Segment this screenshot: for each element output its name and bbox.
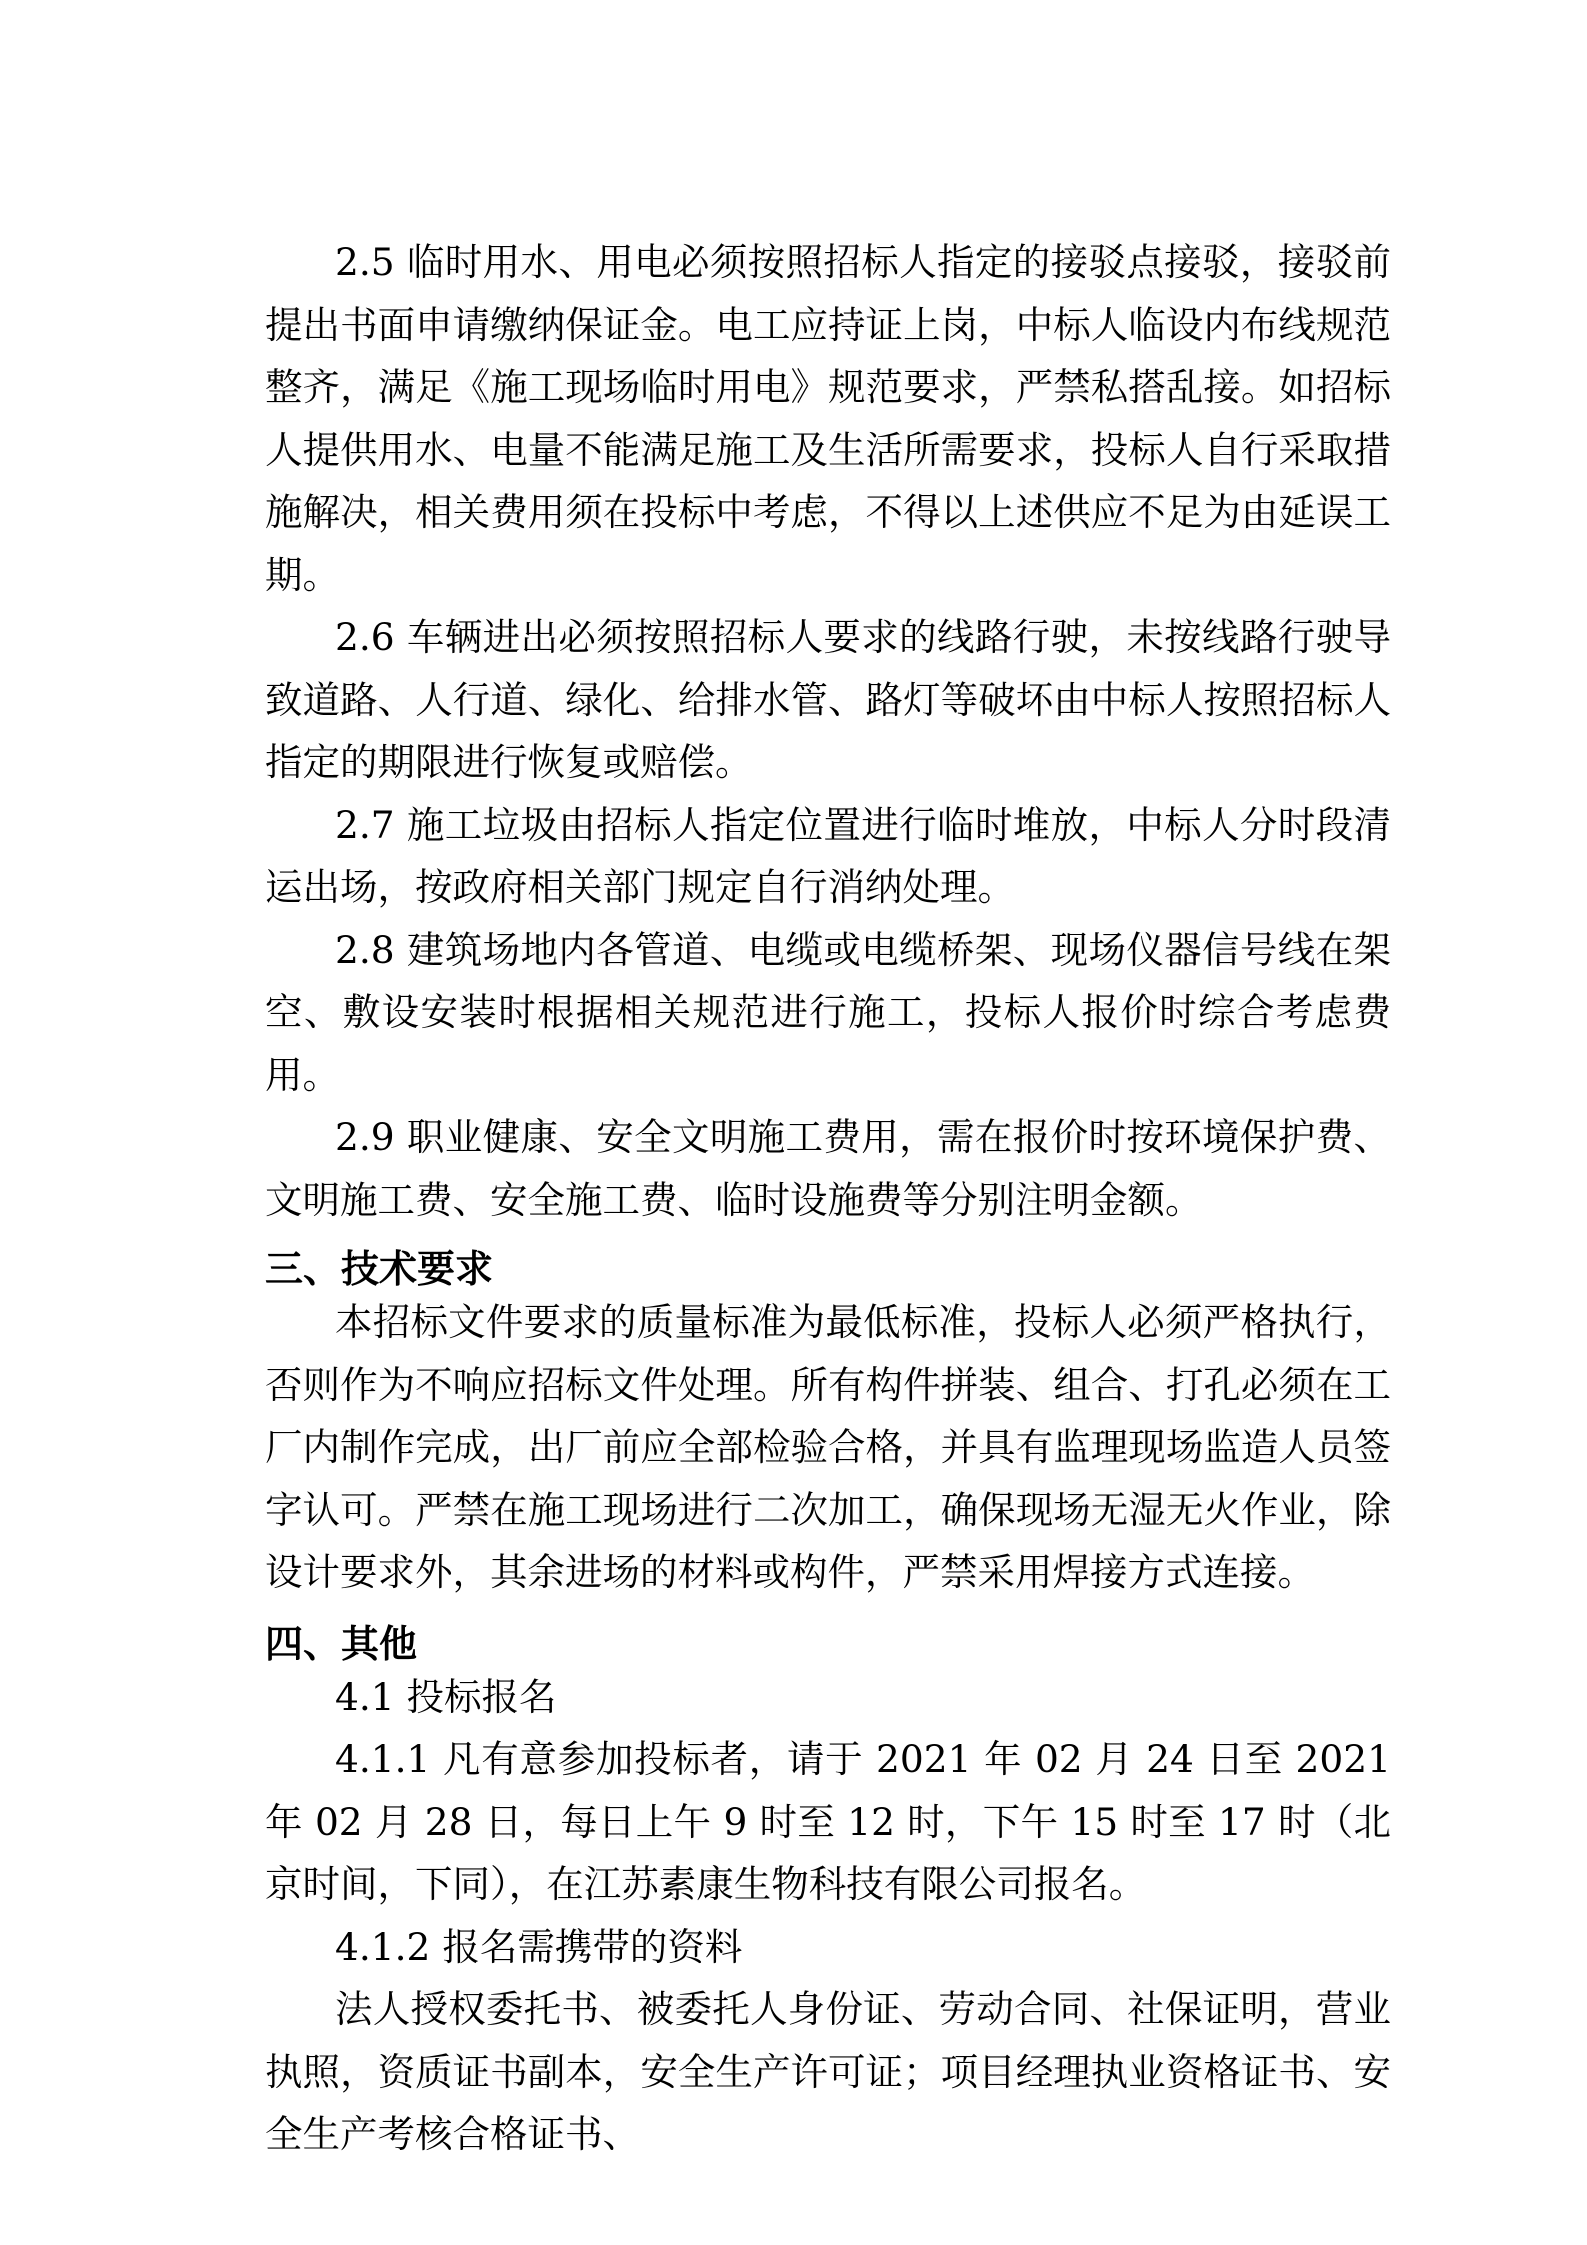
section-heading-other: 四、其他 [265,1622,1391,1666]
paragraph-technical-requirements-body: 本招标文件要求的质量标准为最低标准，投标人必须严格执行，否则作为不响应招标文件处… [265,1291,1391,1604]
paragraph-2-7: 2.7 施工垃圾由招标人指定位置进行临时堆放，中标人分时段清运出场，按政府相关部… [265,794,1391,919]
document-page: 2.5 临时用水、用电必须按照招标人指定的接驳点接驳，接驳前提出书面申请缴纳保证… [0,0,1587,2245]
section-heading-technical-requirements: 三、技术要求 [265,1247,1391,1291]
paragraph-2-9: 2.9 职业健康、安全文明施工费用，需在报价时按环境保护费、文明施工费、安全施工… [265,1106,1391,1231]
paragraph-4-1-bid-registration: 4.1 投标报名 [265,1666,1391,1729]
paragraph-4-1-2-required-materials-title: 4.1.2 报名需携带的资料 [265,1916,1391,1979]
paragraph-required-materials-list: 法人授权委托书、被委托人身份证、劳动合同、社保证明，营业执照，资质证书副本，安全… [265,1978,1391,2166]
paragraph-2-5: 2.5 临时用水、用电必须按照招标人指定的接驳点接驳，接驳前提出书面申请缴纳保证… [265,231,1391,606]
paragraph-2-6: 2.6 车辆进出必须按照招标人要求的线路行驶，未按线路行驶导致道路、人行道、绿化… [265,606,1391,794]
paragraph-2-8: 2.8 建筑场地内各管道、电缆或电缆桥架、现场仪器信号线在架空、敷设安装时根据相… [265,919,1391,1107]
paragraph-4-1-1-registration-period: 4.1.1 凡有意参加投标者，请于 2021 年 02 月 24 日至 2021… [265,1728,1391,1916]
page-text-block: 2.5 临时用水、用电必须按照招标人指定的接驳点接驳，接驳前提出书面申请缴纳保证… [265,0,1391,2166]
